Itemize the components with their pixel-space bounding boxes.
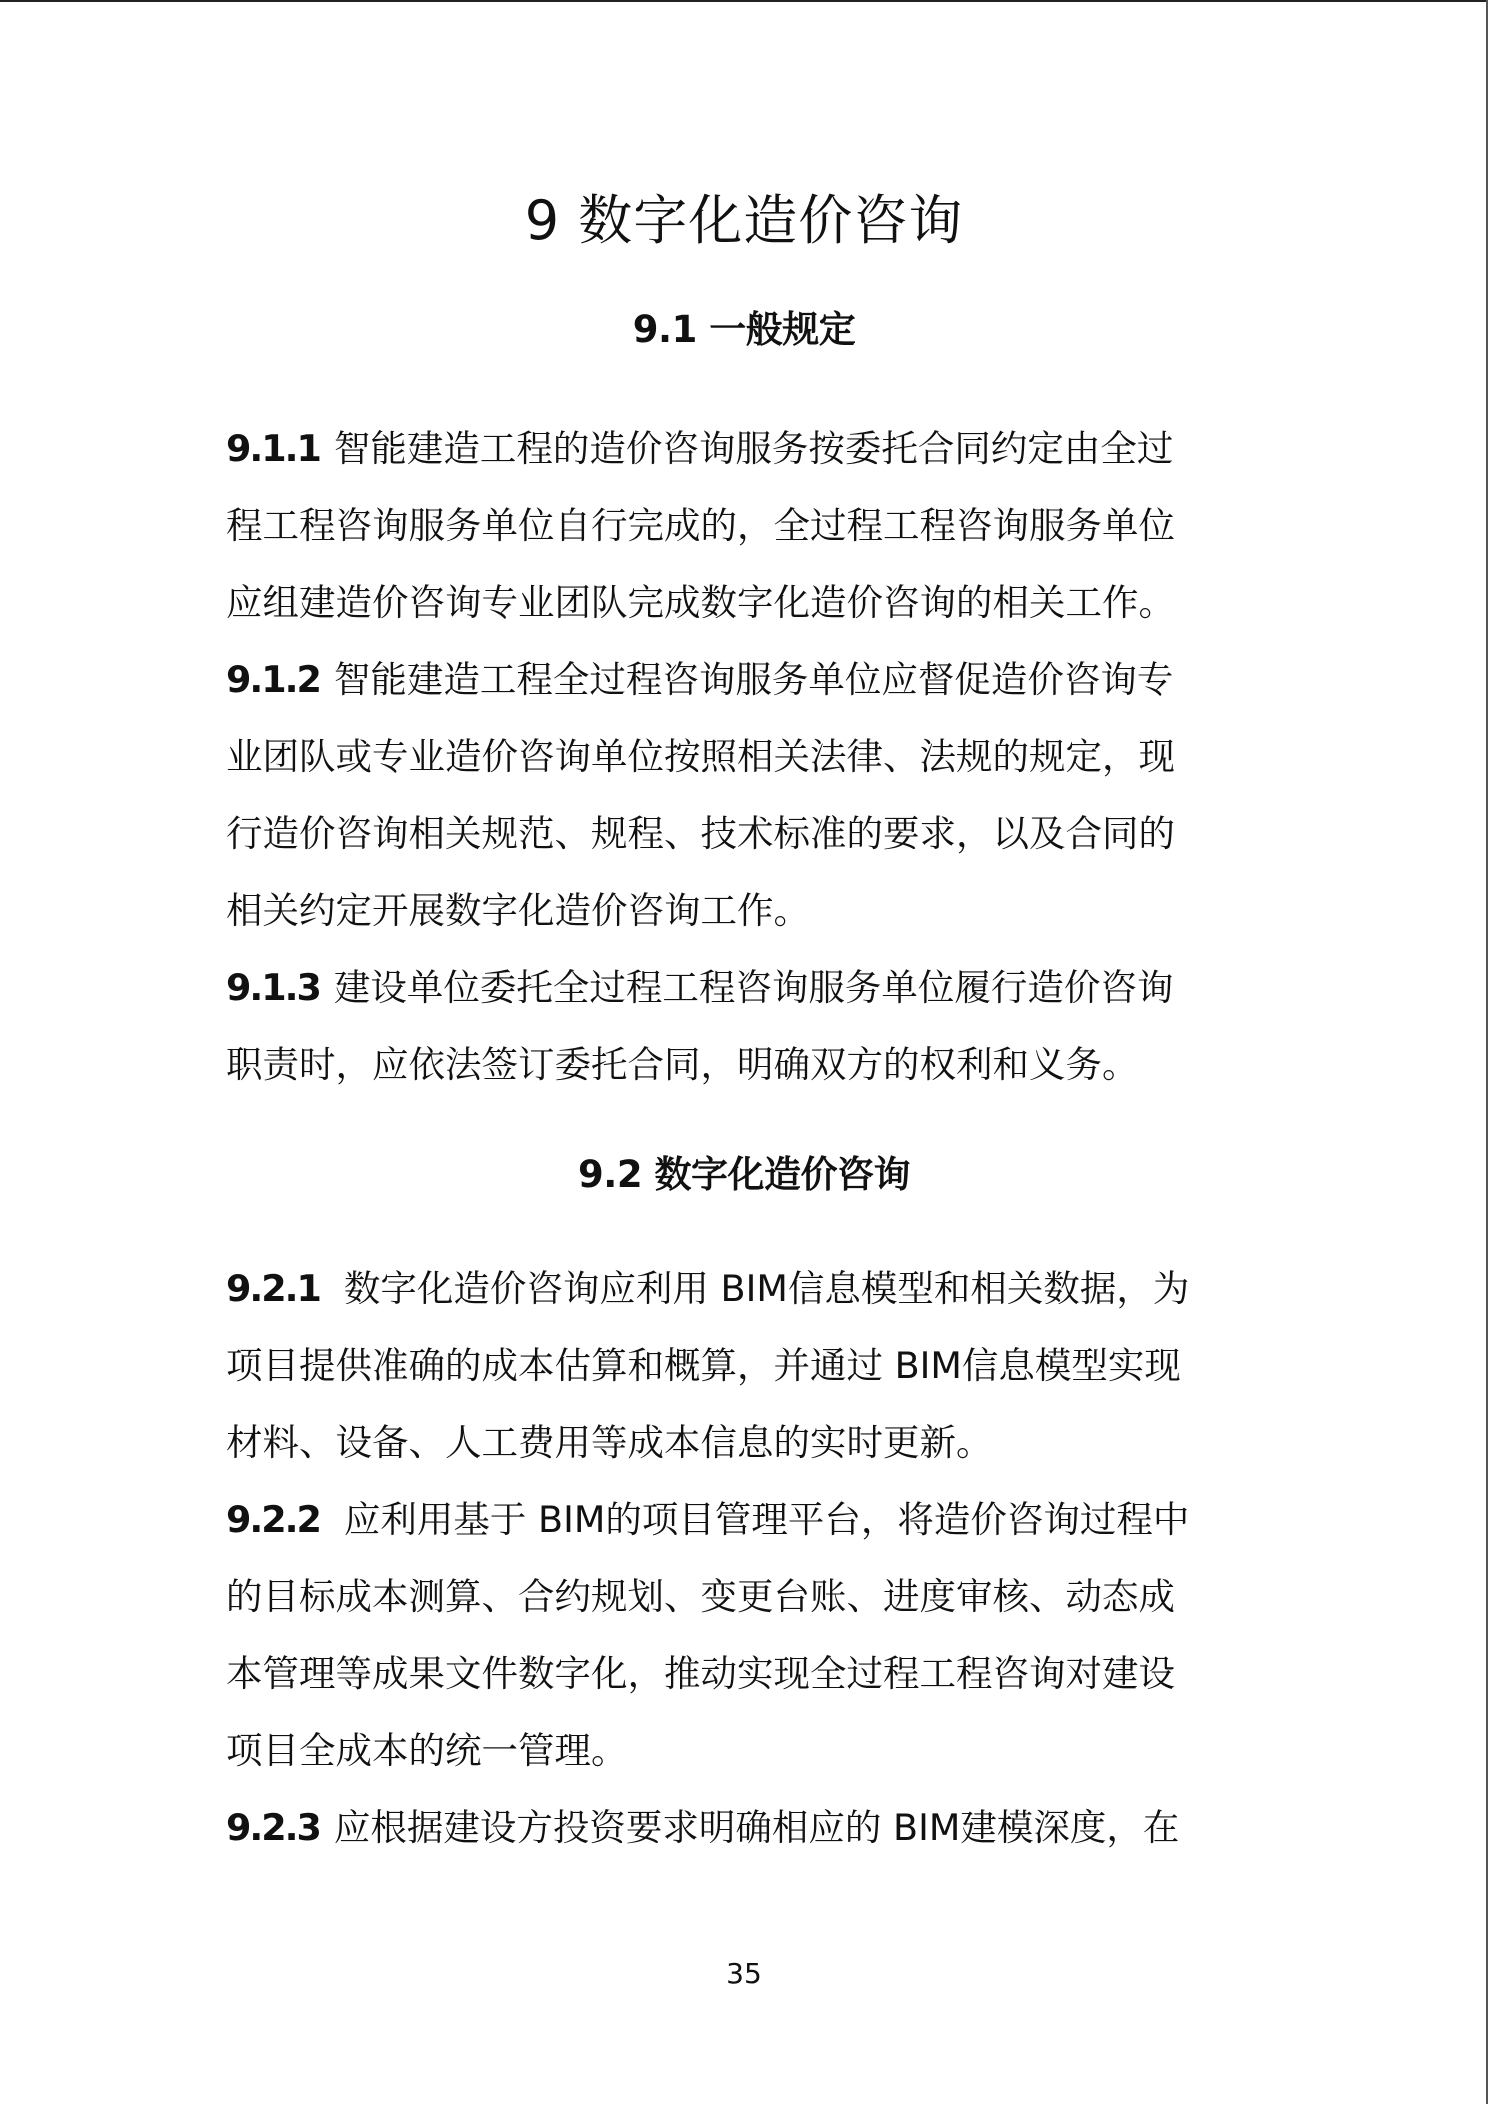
- clause-line: 9.2.1数字化造价咨询应利用 BIM信息模型和相关数据，为: [226, 1250, 1266, 1327]
- document-page: 9 数字化造价咨询 9.1 一般规定 9.1.1智能建造工程的造价咨询服务按委托…: [0, 0, 1488, 2104]
- clause-9-2-1: 9.2.1数字化造价咨询应利用 BIM信息模型和相关数据，为 项目提供准确的成本…: [226, 1250, 1266, 1481]
- section-9-2-body: 9.2.1数字化造价咨询应利用 BIM信息模型和相关数据，为 项目提供准确的成本…: [226, 1250, 1266, 1866]
- section-title-9-1: 9.1 一般规定: [0, 305, 1488, 355]
- clause-text: 应根据建设方投资要求明确相应的 BIM建模深度，在: [334, 1806, 1179, 1849]
- clause-line: 程工程咨询服务单位自行完成的，全过程工程咨询服务单位: [226, 487, 1266, 564]
- section-title-9-2: 9.2 数字化造价咨询: [0, 1150, 1488, 1200]
- clause-text: 应利用基于 BIM的项目管理平台，将造价咨询过程中: [344, 1498, 1189, 1541]
- clause-number: 9.1.3: [226, 966, 320, 1009]
- clause-line: 本管理等成果文件数字化，推动实现全过程工程咨询对建设: [226, 1635, 1266, 1712]
- clause-9-1-2: 9.1.2智能建造工程全过程咨询服务单位应督促造价咨询专 业团队或专业造价咨询单…: [226, 641, 1266, 949]
- clause-number: 9.1.2: [226, 658, 320, 701]
- clause-9-1-3: 9.1.3建设单位委托全过程工程咨询服务单位履行造价咨询 职责时，应依法签订委托…: [226, 949, 1266, 1103]
- clause-number: 9.2.2: [226, 1498, 320, 1541]
- page-number: 35: [0, 1956, 1488, 1992]
- clause-line: 项目提供准确的成本估算和概算，并通过 BIM信息模型实现: [226, 1327, 1266, 1404]
- clause-number: 9.2.1: [226, 1267, 320, 1310]
- clause-number: 9.1.1: [226, 427, 320, 470]
- section-9-1-body: 9.1.1智能建造工程的造价咨询服务按委托合同约定由全过 程工程咨询服务单位自行…: [226, 410, 1266, 1103]
- clause-number: 9.2.3: [226, 1806, 320, 1849]
- clause-text: 智能建造工程全过程咨询服务单位应督促造价咨询专: [334, 658, 1174, 701]
- clause-text: 建设单位委托全过程工程咨询服务单位履行造价咨询: [334, 966, 1174, 1009]
- clause-line: 9.2.2应利用基于 BIM的项目管理平台，将造价咨询过程中: [226, 1481, 1266, 1558]
- clause-line: 项目全成本的统一管理。: [226, 1712, 1266, 1789]
- clause-line: 职责时，应依法签订委托合同，明确双方的权利和义务。: [226, 1026, 1266, 1103]
- clause-9-2-3: 9.2.3应根据建设方投资要求明确相应的 BIM建模深度，在: [226, 1789, 1266, 1866]
- clause-line: 9.2.3应根据建设方投资要求明确相应的 BIM建模深度，在: [226, 1789, 1266, 1866]
- clause-line: 9.1.1智能建造工程的造价咨询服务按委托合同约定由全过: [226, 410, 1266, 487]
- clause-line: 9.1.2智能建造工程全过程咨询服务单位应督促造价咨询专: [226, 641, 1266, 718]
- clause-line: 应组建造价咨询专业团队完成数字化造价咨询的相关工作。: [226, 564, 1266, 641]
- chapter-title: 9 数字化造价咨询: [0, 186, 1488, 256]
- clause-line: 业团队或专业造价咨询单位按照相关法律、法规的规定，现: [226, 718, 1266, 795]
- clause-line: 的目标成本测算、合约规划、变更台账、进度审核、动态成: [226, 1558, 1266, 1635]
- clause-text: 智能建造工程的造价咨询服务按委托合同约定由全过: [334, 427, 1174, 470]
- clause-9-2-2: 9.2.2应利用基于 BIM的项目管理平台，将造价咨询过程中 的目标成本测算、合…: [226, 1481, 1266, 1789]
- clause-line: 相关约定开展数字化造价咨询工作。: [226, 872, 1266, 949]
- clause-9-1-1: 9.1.1智能建造工程的造价咨询服务按委托合同约定由全过 程工程咨询服务单位自行…: [226, 410, 1266, 641]
- clause-line: 材料、设备、人工费用等成本信息的实时更新。: [226, 1404, 1266, 1481]
- clause-text: 数字化造价咨询应利用 BIM信息模型和相关数据，为: [344, 1267, 1189, 1310]
- clause-line: 行造价咨询相关规范、规程、技术标准的要求，以及合同的: [226, 795, 1266, 872]
- clause-line: 9.1.3建设单位委托全过程工程咨询服务单位履行造价咨询: [226, 949, 1266, 1026]
